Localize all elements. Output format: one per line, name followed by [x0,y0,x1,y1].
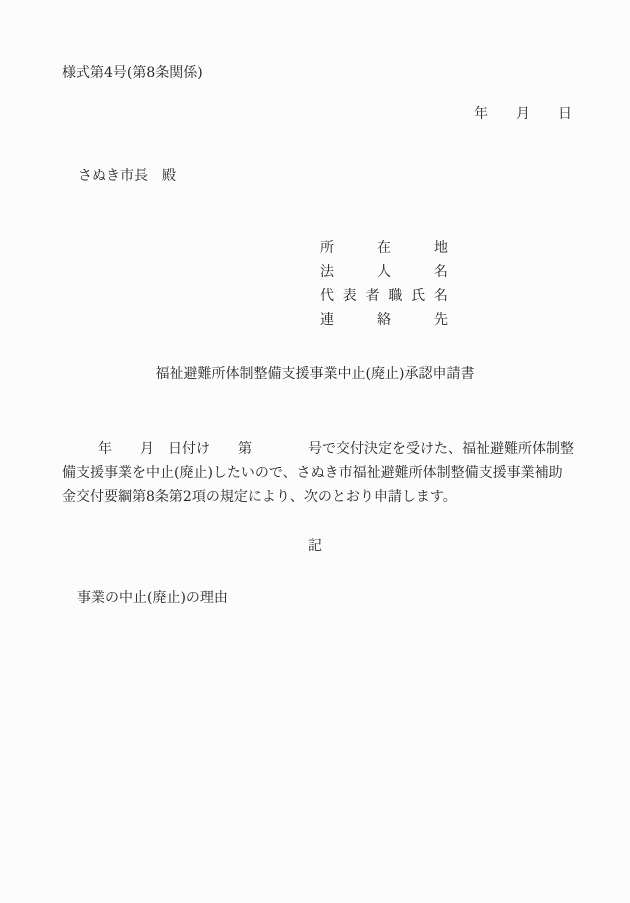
applicant-field-representative-name: 代表者職氏名 [320,284,448,308]
applicant-field-corporation-name: 法人名 [320,260,448,284]
body-line-1: 年 月 日付け 第 号で交付決定を受けた、福祉避難所体制整 [62,437,568,461]
applicant-info-block: 所在地 法人名 代表者職氏名 連絡先 [320,236,448,332]
body-line-2: 備支援事業を中止(廃止)したいので、さぬき市福祉避難所体制整備支援事業補助 [62,461,568,485]
date-line: 年 月 日 [474,107,572,121]
body-paragraph: 年 月 日付け 第 号で交付決定を受けた、福祉避難所体制整 備支援事業を中止(廃… [62,437,568,509]
addressee-line: さぬき市長 殿 [78,169,176,183]
applicant-field-contact: 連絡先 [320,308,448,332]
list-marker-ki: 記 [0,539,630,553]
reason-label: 事業の中止(廃止)の理由 [77,591,228,605]
applicant-field-location: 所在地 [320,236,448,260]
application-form-page: 様式第4号(第8条関係) 年 月 日 さぬき市長 殿 所在地 法人名 代表者職氏… [0,0,630,903]
body-line-3: 金交付要綱第8条第2項の規定により、次のとおり申請します。 [62,485,568,509]
document-title: 福祉避難所体制整備支援事業中止(廃止)承認申請書 [0,367,630,381]
form-number: 様式第4号(第8条関係) [62,66,203,80]
